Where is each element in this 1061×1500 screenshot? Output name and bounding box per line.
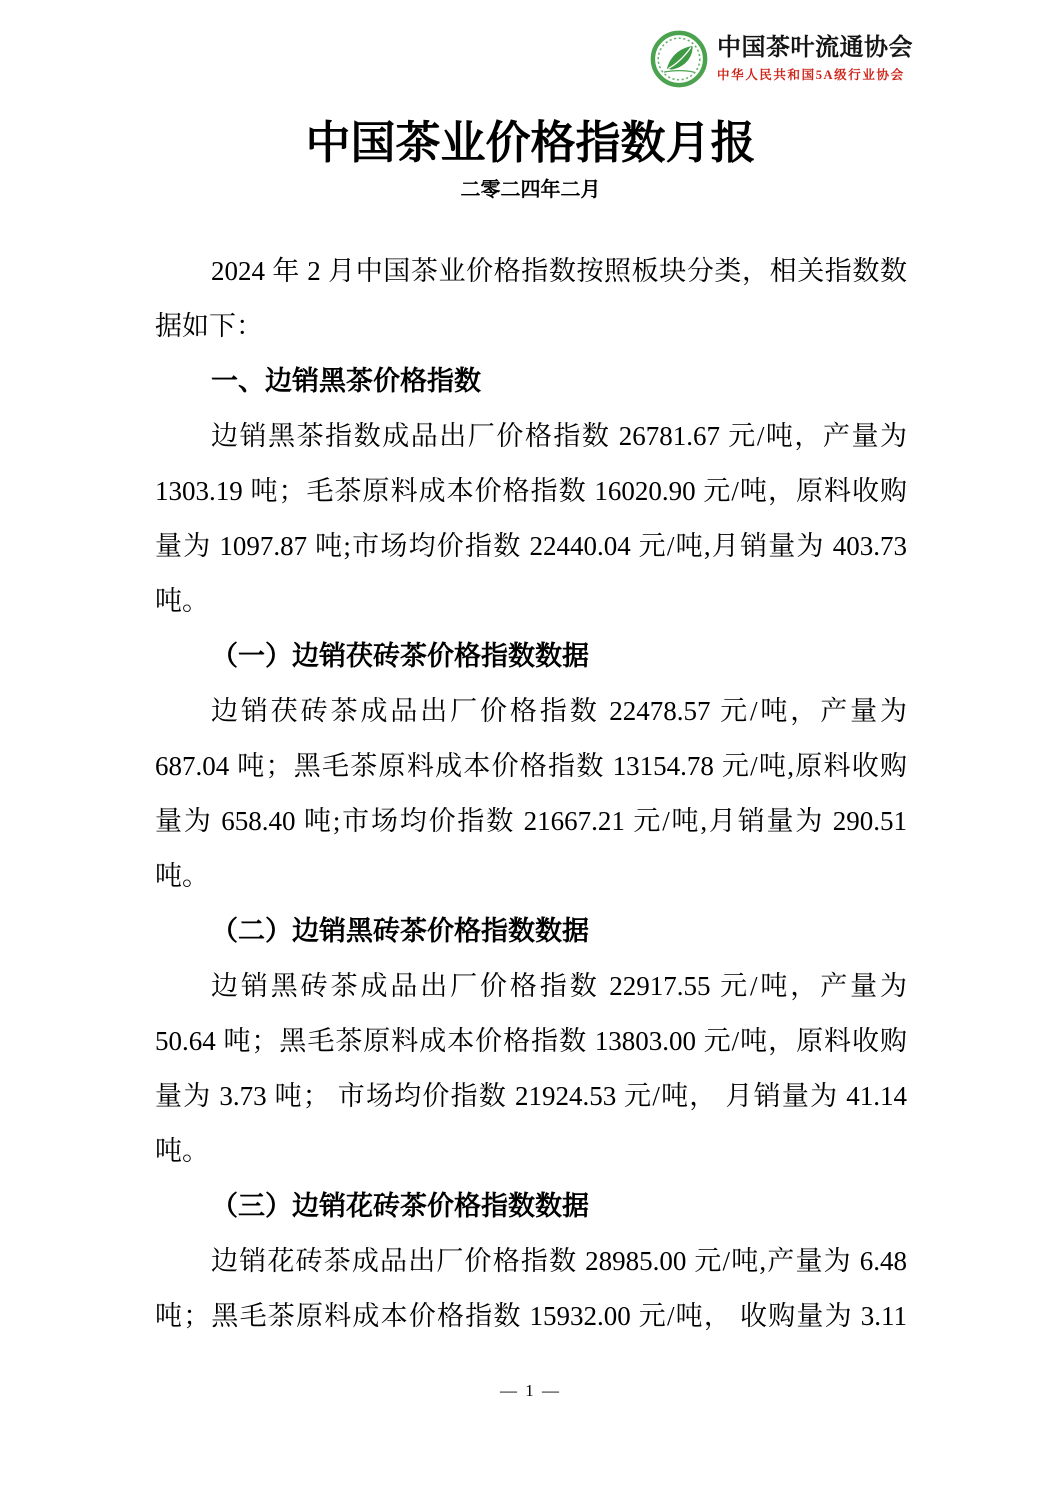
association-name: 中国茶叶流通协会 (717, 35, 913, 63)
para-border-sale-dark-tea-line: 边销黑茶指数成品出厂价格指数 26781.67 元/吨，产量为 (155, 409, 907, 464)
intro-paragraph-line: 2024 年 2 月中国茶业价格指数按照板块分类，相关指数数 (155, 244, 907, 299)
para-heizhuan-tea-line: 50.64 吨；黑毛茶原料成本价格指数 13803.00 元/吨，原料收购 (155, 1014, 907, 1069)
para-fuzhuan-tea-line: 量为 658.40 吨;市场均价指数 21667.21 元/吨,月销量为 290… (155, 794, 907, 849)
para-heizhuan-tea-line: 吨。 (155, 1124, 907, 1179)
association-name-block: 中国茶叶流通协会 中华人民共和国5A级行业协会 (717, 35, 913, 84)
report-period: 二零二四年二月 (0, 177, 1061, 203)
heading-fuzhuan-tea: （一）边销茯砖茶价格指数数据 (155, 629, 907, 684)
page-number: — 1 — (0, 1381, 1061, 1401)
intro-paragraph-line: 据如下： (155, 299, 907, 354)
heading-border-sale-dark-tea: 一、边销黑茶价格指数 (155, 354, 907, 409)
para-fuzhuan-tea-line: 边销茯砖茶成品出厂价格指数 22478.57 元/吨，产量为 (155, 684, 907, 739)
para-border-sale-dark-tea-line: 量为 1097.87 吨;市场均价指数 22440.04 元/吨,月销量为 40… (155, 519, 907, 574)
para-fuzhuan-tea-line: 687.04 吨；黑毛茶原料成本价格指数 13154.78 元/吨,原料收购 (155, 739, 907, 794)
para-border-sale-dark-tea-line: 吨。 (155, 574, 907, 629)
para-border-sale-dark-tea-line: 1303.19 吨；毛茶原料成本价格指数 16020.90 元/吨，原料收购 (155, 464, 907, 519)
report-title: 中国茶业价格指数月报 (0, 116, 1061, 170)
tea-leaf-logo-icon (650, 30, 708, 88)
para-fuzhuan-tea-line: 吨。 (155, 849, 907, 904)
report-body: 2024 年 2 月中国茶业价格指数按照板块分类，相关指数数据如下：一、边销黑茶… (155, 244, 907, 1344)
para-huazhuan-tea-line: 边销花砖茶成品出厂价格指数 28985.00 元/吨,产量为 6.48 (155, 1234, 907, 1289)
para-huazhuan-tea-line: 吨；黑毛茶原料成本价格指数 15932.00 元/吨， 收购量为 3.11 (155, 1289, 907, 1344)
association-grade-label: 中华人民共和国5A级行业协会 (717, 65, 905, 83)
para-heizhuan-tea-line: 边销黑砖茶成品出厂价格指数 22917.55 元/吨，产量为 (155, 959, 907, 1014)
para-heizhuan-tea-line: 量为 3.73 吨； 市场均价指数 21924.53 元/吨， 月销量为 41.… (155, 1069, 907, 1124)
document-page: 中国茶叶流通协会 中华人民共和国5A级行业协会 中国茶业价格指数月报 二零二四年… (0, 0, 1061, 1500)
heading-huazhuan-tea: （三）边销花砖茶价格指数数据 (155, 1179, 907, 1234)
association-logo: 中国茶叶流通协会 中华人民共和国5A级行业协会 (650, 30, 913, 88)
heading-heizhuan-tea: （二）边销黑砖茶价格指数数据 (155, 904, 907, 959)
